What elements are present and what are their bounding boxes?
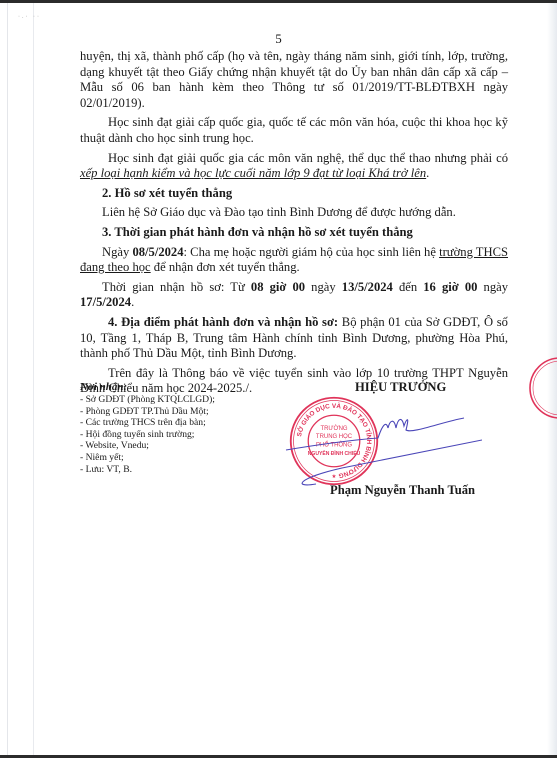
- signer-name: Phạm Nguyễn Thanh Tuấn: [330, 483, 475, 498]
- paragraph-application-date: Ngày 08/5/2024: Cha mẹ hoặc người giám h…: [80, 245, 508, 276]
- page-edge-stamp-icon: [528, 356, 557, 420]
- scan-margin-line: [33, 3, 34, 755]
- paragraph-location: 4. Địa điểm phát hành đơn và nhận hồ sơ:…: [80, 315, 508, 362]
- recipient-item: - Hội đồng tuyển sinh trường;: [80, 429, 215, 441]
- recipient-item: - Niêm yết;: [80, 452, 215, 464]
- paragraph-contact: Liên hệ Sở Giáo dục và Đào tạo tỉnh Bình…: [80, 205, 508, 221]
- recipients-title: Nơi nhận:: [80, 381, 215, 394]
- recipient-item: - Lưu: VT, B.: [80, 464, 215, 476]
- recipients-list: - Sở GDĐT (Phòng KTQLCLGD); - Phòng GDĐT…: [80, 394, 215, 475]
- page-number: 5: [0, 31, 557, 47]
- signer-title: HIỆU TRƯỞNG: [355, 380, 446, 395]
- recipient-item: - Website, Vnedu;: [80, 440, 215, 452]
- document-body: huyện, thị xã, thành phố cấp (họ và tên,…: [80, 49, 508, 397]
- recipients-block: Nơi nhận: - Sở GDĐT (Phòng KTQLCLGD); - …: [80, 381, 215, 475]
- recipient-item: - Sở GDĐT (Phòng KTQLCLGD);: [80, 394, 215, 406]
- paragraph-submission-time: Thời gian nhận hồ sơ: Từ 08 giờ 00 ngày …: [80, 280, 508, 311]
- underlined-requirement: xếp loại hạnh kiểm và học lực cuối năm l…: [80, 166, 426, 180]
- section-heading-4: 4. Địa điểm phát hành đơn và nhận hồ sơ:: [108, 315, 338, 329]
- section-heading-3: 3. Thời gian phát hành đơn và nhận hồ sơ…: [80, 225, 508, 241]
- recipient-item: - Phòng GDĐT TP.Thủ Dầu Một;: [80, 406, 215, 418]
- scan-margin-line: [7, 3, 8, 755]
- scan-top-edge: [0, 0, 557, 3]
- recipient-item: - Các trường THCS trên địa bàn;: [80, 417, 215, 429]
- paragraph-disability-criteria: huyện, thị xã, thành phố cấp (họ và tên,…: [80, 49, 508, 111]
- paragraph-national-prize-academic: Học sinh đạt giải cấp quốc gia, quốc tế …: [80, 115, 508, 146]
- section-heading-2: 2. Hồ sơ xét tuyển thẳng: [80, 186, 508, 202]
- paragraph-national-prize-arts-sports: Học sinh đạt giải quốc gia các môn văn n…: [80, 151, 508, 182]
- scan-specks: ·.· ··: [18, 14, 41, 20]
